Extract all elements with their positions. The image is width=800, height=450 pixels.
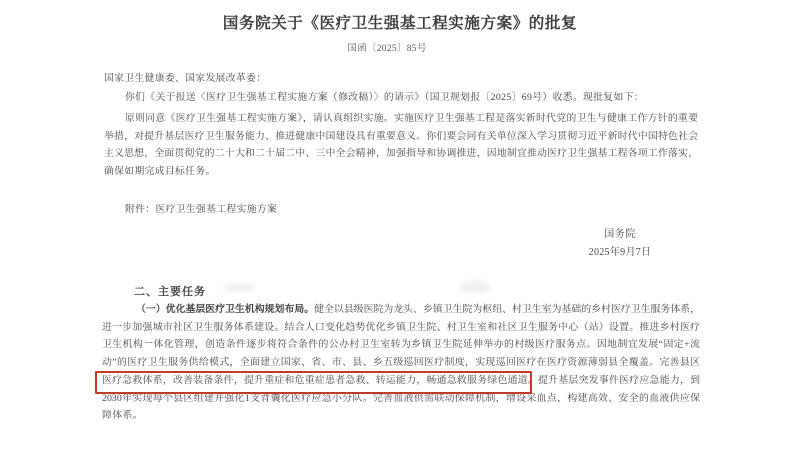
- paragraph-task-one: （一）优化基层医疗卫生机构规划布局。健全以县级医院为龙头、乡镇卫生院为枢纽、村卫…: [102, 301, 700, 425]
- document-line: 举措，对提升基层医疗卫生服务能力、推进健康中国建设具有重要意义。你们要会同有关单…: [104, 128, 698, 146]
- document-line: 原则同意《医疗卫生强基工程实施方案》，请认真组织实施。实施医疗卫生强基工程是落实…: [104, 110, 698, 128]
- signature-authority: 国务院: [540, 225, 700, 240]
- document-line: 障体系。: [102, 407, 700, 425]
- document-line: 动”的医疗卫生服务供给模式，全面建立国家、省、市、县、乡五级巡回医疗制度，实现巡…: [102, 354, 700, 372]
- document-line: 确保如期完成目标任务。: [104, 163, 698, 181]
- document-number: 国函〔2025〕85号: [0, 40, 774, 54]
- document-line: 卫生机构一体化管理，创造条件逐步将符合条件的公办村卫生室转为乡镇卫生院延伸举办的…: [102, 336, 700, 354]
- section-title-main-tasks: 二、主要任务: [134, 283, 206, 299]
- task-item-lead: （一）优化基层医疗卫生机构规划布局。: [136, 304, 314, 315]
- document-line: （一）优化基层医疗卫生机构规划布局。健全以县级医院为龙头、乡镇卫生院为枢纽、村卫…: [102, 301, 700, 319]
- attachment-line: 附件：医疗卫生强基工程实施方案: [125, 201, 277, 215]
- red-highlight-box: [95, 371, 532, 394]
- document-line: 主义思想，全面贯彻党的二十大和二十届二中、三中全会精神，加强指导和协调推进，因地…: [104, 145, 698, 163]
- task-item-text: 健全以县级医院为龙头、乡镇卫生院为枢纽、村卫生室为基础的乡村医疗卫生服务体系，: [314, 304, 700, 315]
- document-title: 国务院关于《医疗卫生强基工程实施方案》的批复: [0, 11, 800, 33]
- paragraph-reference: 你们《关于报送〈医疗卫生强基工程实施方案（修改稿）〉的请示》（国卫规划报〔202…: [104, 89, 698, 103]
- scan-artifact: [224, 283, 254, 292]
- scan-artifact: [460, 281, 490, 293]
- salutation: 国家卫生健康委、国家发展改革委：: [104, 70, 266, 84]
- paragraph-approval: 原则同意《医疗卫生强基工程实施方案》，请认真组织实施。实施医疗卫生强基工程是落实…: [104, 110, 698, 180]
- document-page: 国务院关于《医疗卫生强基工程实施方案》的批复 国函〔2025〕85号 国家卫生健…: [0, 0, 800, 450]
- signature-date: 2025年9月7日: [540, 243, 700, 258]
- document-line: 进一步加强城市社区卫生服务体系建设。结合人口变化趋势优化乡镇卫生院、村卫生室和社…: [102, 319, 700, 337]
